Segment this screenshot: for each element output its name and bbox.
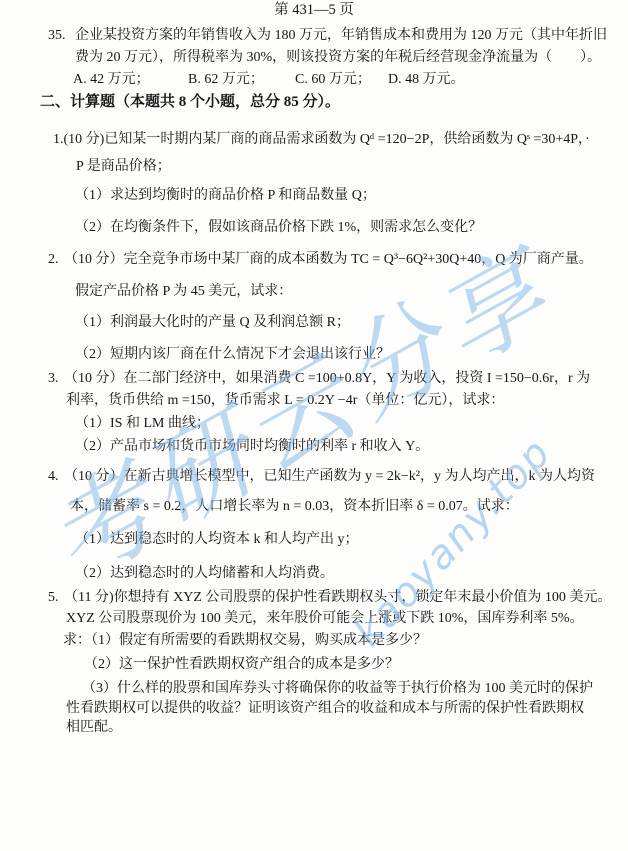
question-5-text-1: （11 分)你想持有 XYZ 公司股票的保护性看跌期权头寸，锁定年末最小价值为 …	[64, 590, 611, 605]
question-3-line-1: 3.（10 分）在二部门经济中，如果消费 C =100+0.8Y，Y 为收入，投…	[48, 369, 590, 389]
question-35-text-1: 企业某投资方案的年销售收入为 180 万元，年销售成本和费用为 120 万元（其…	[75, 28, 607, 43]
question-2-line-2: 假定产品价格 P 为 45 美元，试求：	[75, 282, 292, 302]
question-35-line-2: 费为 20 万元），所得税率为 30%，则该投资方案的年税后经营现金净流量为（ …	[75, 48, 601, 68]
question-1-sub-1: （1）求达到均衡时的商品价格 P 和商品数量 Q；	[75, 186, 376, 206]
question-5-line-1: 5.（11 分)你想持有 XYZ 公司股票的保护性看跌期权头寸，锁定年末最小价值…	[48, 588, 611, 608]
question-3-text-1: （10 分）在二部门经济中，如果消费 C =100+0.8Y，Y 为收入，投资 …	[64, 371, 590, 386]
exam-page: 35.企业某投资方案的年销售收入为 180 万元，年销售成本和费用为 120 万…	[0, 0, 628, 851]
page-number: 第 431—5 页	[0, 0, 628, 20]
question-3-line-2: 利率，货币供给 m =150，货币需求 L = 0.2Y −4r（单位：亿元），…	[66, 391, 504, 411]
question-5-ask-1: 求：（1）假定有所需要的看跌期权交易，购买成本是多少？	[63, 631, 427, 651]
question-4-sub-2: （2）达到稳态时的人均储蓄和人均消费。	[75, 564, 334, 584]
question-3-number: 3.	[48, 369, 64, 389]
question-4-line-2: 本，储蓄率 s = 0.2，人口增长率为 n = 0.03，资本折旧率 δ = …	[70, 497, 519, 517]
question-4-sub-1: （1）达到稳态时的人均资本 k 和人均产出 y；	[75, 530, 359, 550]
question-35-line-1: 35.企业某投资方案的年销售收入为 180 万元，年销售成本和费用为 120 万…	[48, 26, 607, 46]
option-c: C. 60 万元；	[295, 70, 371, 90]
option-d: D. 48 万元。	[388, 70, 465, 90]
question-5-sub-3-line-3: 相匹配。	[66, 718, 122, 738]
question-2-line-1: 2.（10 分）完全竞争市场中某厂商的成本函数为 TC = Q³−6Q²+30Q…	[48, 250, 593, 270]
question-2-sub-2: （2）短期内该厂商在什么情况下才会退出该行业？	[75, 345, 390, 365]
question-5-number: 5.	[48, 588, 64, 608]
question-4-number: 4.	[48, 467, 64, 487]
question-2-number: 2.	[48, 250, 64, 270]
question-4-text-1: （10 分）在新古典增长模型中，已知生产函数为 y = 2k−k²，y 为人均产…	[64, 469, 595, 484]
question-4-line-1: 4.（10 分）在新古典增长模型中，已知生产函数为 y = 2k−k²，y 为人…	[48, 467, 595, 487]
question-2-text-1: （10 分）完全竞争市场中某厂商的成本函数为 TC = Q³−6Q²+30Q+4…	[64, 252, 593, 267]
question-5-sub-3-line-1: （3）什么样的股票和国库券头寸将确保你的收益等于执行价格为 100 美元时的保护	[82, 679, 593, 699]
option-b: B. 62 万元；	[188, 70, 264, 90]
question-1-sub-2: （2）在均衡条件下，假如该商品价格下跌 1%，则需求怎么变化？	[75, 218, 482, 238]
question-5-sub-3-line-2: 性看跌期权可以提供的收益？证明该资产组合的收益和成本与所需的保护性看跌期权	[66, 699, 584, 719]
question-5-sub-2: （2）这一保护性看跌期权资产组合的成本是多少？	[84, 655, 399, 675]
question-35-number: 35.	[48, 26, 75, 46]
question-5-line-2: XYZ 公司股票现价为 100 美元，来年股价可能会上涨或下跌 10%，国库券利…	[66, 609, 584, 629]
option-a: A. 42 万元；	[73, 70, 150, 90]
question-3-sub-2: （2）产品市场和货币市场同时均衡时的利率 r 和收入 Y。	[75, 437, 429, 457]
section-title: 二、计算题（本题共 8 个小题，总分 85 分）。	[40, 92, 340, 112]
question-1-line-2: P 是商品价格；	[76, 157, 171, 177]
question-1-line-1: 1.(10 分)已知某一时期内某厂商的商品需求函数为 Qᵈ =120−2P，供给…	[53, 130, 590, 150]
question-3-sub-1: （1）IS 和 LM 曲线；	[75, 414, 210, 434]
question-2-sub-1: （1）利润最大化时的产量 Q 及利润总额 R；	[75, 313, 350, 333]
